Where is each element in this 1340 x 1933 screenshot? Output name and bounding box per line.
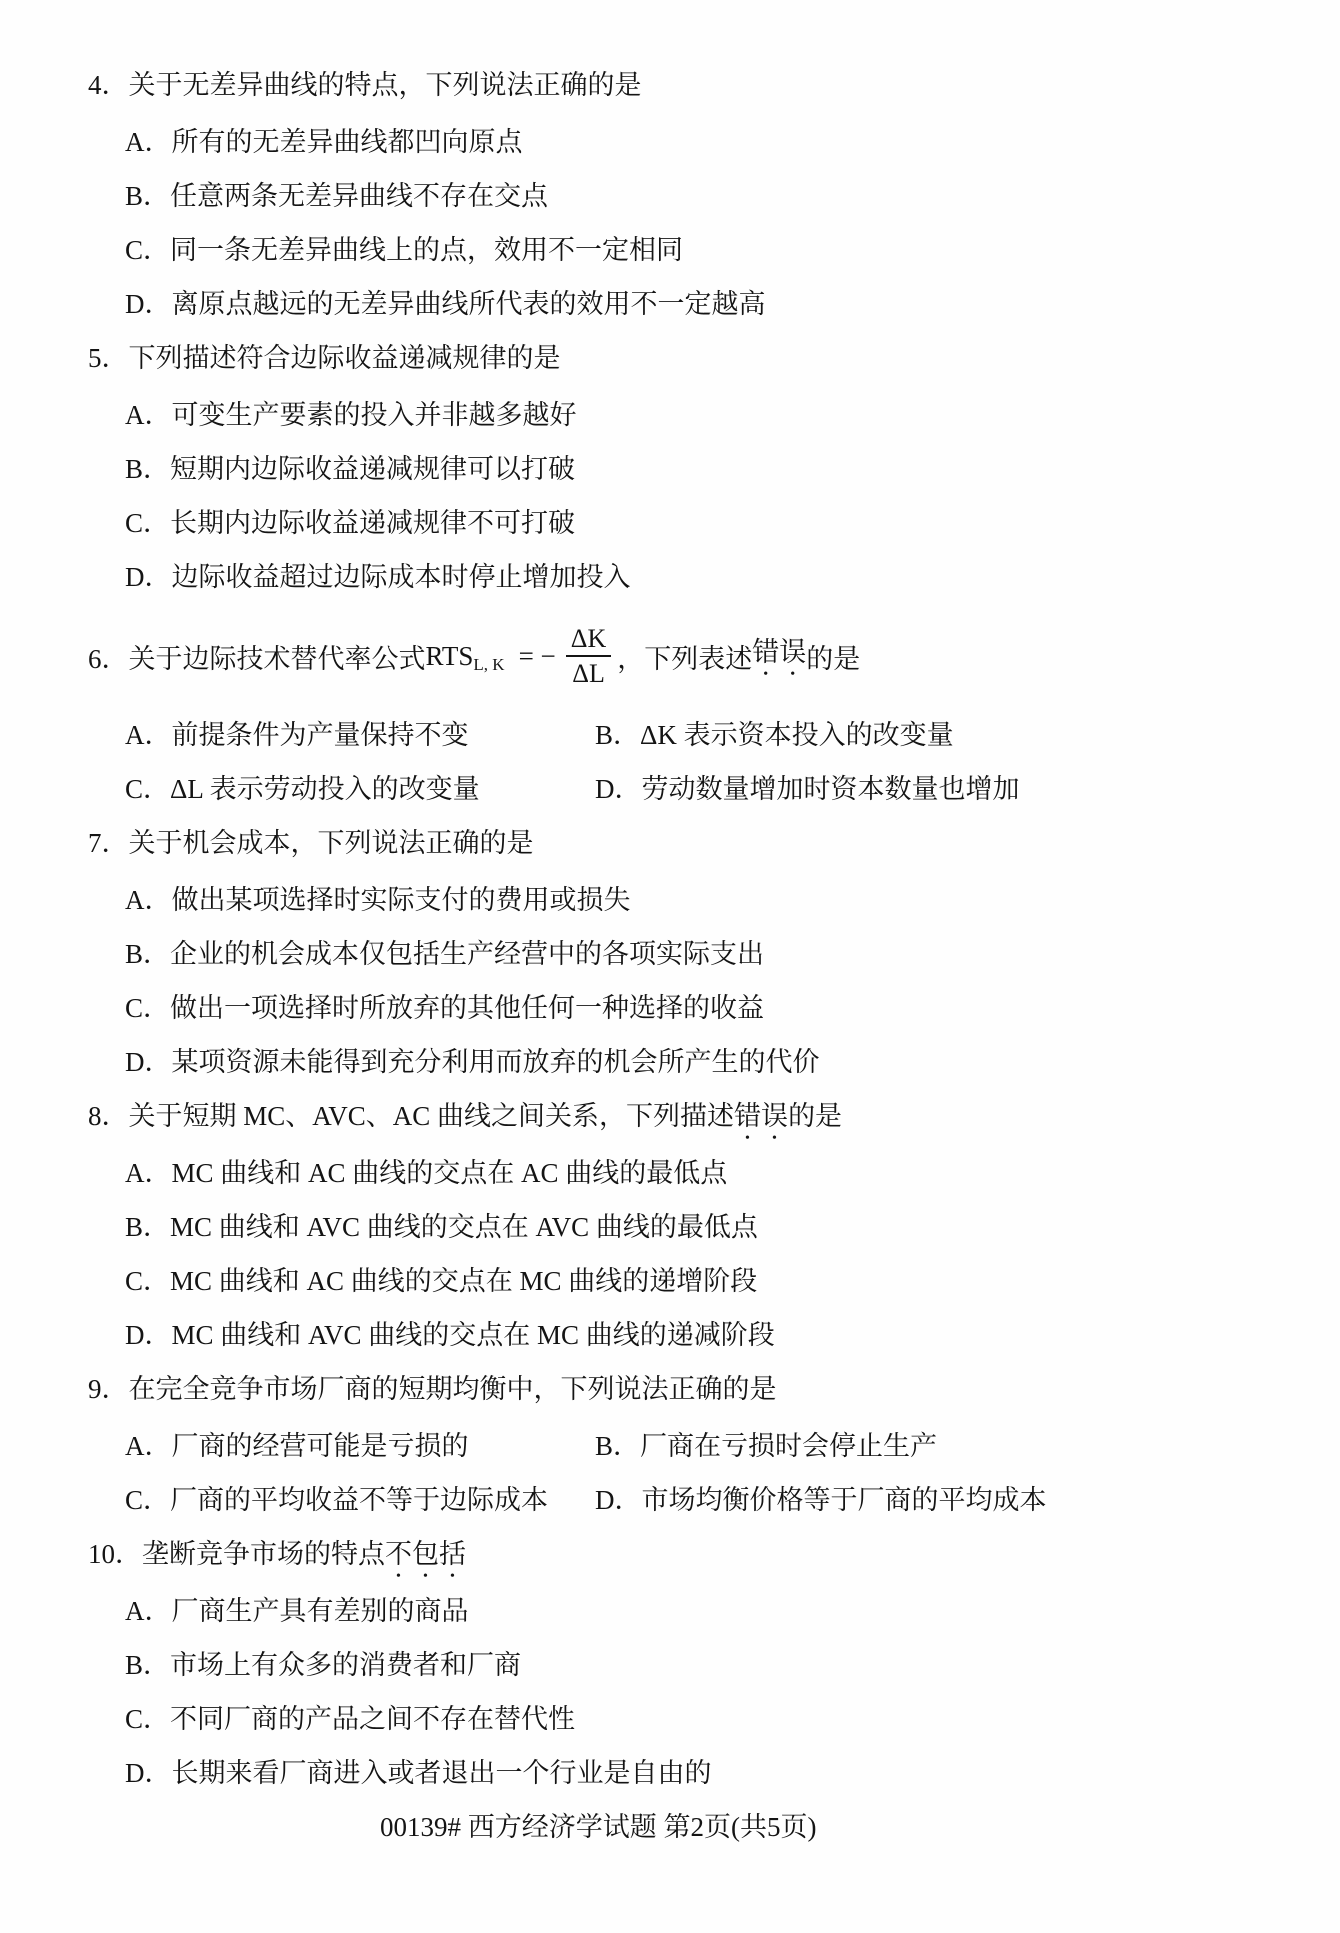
option-row: D．MC 曲线和 AVC 曲线的交点在 MC 曲线的递减阶段 xyxy=(88,1308,1280,1362)
option-label: D． xyxy=(125,277,172,331)
option-label: A． xyxy=(125,115,172,169)
option-text: 前提条件为产量保持不变 xyxy=(172,720,469,750)
stem-text-post: 的是 xyxy=(788,1101,842,1131)
option-grid: A．前提条件为产量保持不变 B．ΔK 表示资本投入的改变量 C．ΔL 表示劳动投… xyxy=(88,708,1280,816)
option-label: D． xyxy=(595,762,642,816)
rts-formula: RTS xyxy=(426,641,474,672)
option-text: 同一条无差异曲线上的点，效用不一定相同 xyxy=(170,235,683,265)
option-text: MC 曲线和 AVC 曲线的交点在 MC 曲线的递减阶段 xyxy=(172,1320,775,1350)
option-label: B． xyxy=(125,169,170,223)
question-10: 10．垄断竞争市场的特点不包括 A．厂商生产具有差别的商品 B．市场上有众多的消… xyxy=(88,1527,1280,1800)
stem-text: 关于无差异曲线的特点，下列说法正确的是 xyxy=(129,70,642,100)
option-row: A．MC 曲线和 AC 曲线的交点在 AC 曲线的最低点 xyxy=(88,1146,1280,1200)
option-row: C．同一条无差异曲线上的点，效用不一定相同 xyxy=(88,223,1280,277)
option-text: 企业的机会成本仅包括生产经营中的各项实际支出 xyxy=(170,939,764,969)
question-stem: 4．关于无差异曲线的特点，下列说法正确的是 xyxy=(88,58,1280,115)
question-stem: 10．垄断竞争市场的特点不包括 xyxy=(88,1527,1280,1584)
option-text: 短期内边际收益递减规律可以打破 xyxy=(170,454,575,484)
option-row: B．企业的机会成本仅包括生产经营中的各项实际支出 xyxy=(88,927,1280,981)
option-text: 离原点越远的无差异曲线所代表的效用不一定越高 xyxy=(172,289,766,319)
option-row: B．MC 曲线和 AVC 曲线的交点在 AVC 曲线的最低点 xyxy=(88,1200,1280,1254)
option-label: D． xyxy=(125,1035,172,1089)
option-row: C．ΔL 表示劳动投入的改变量 xyxy=(88,762,558,816)
option-text: 边际收益超过边际成本时停止增加投入 xyxy=(172,562,631,592)
option-text: 任意两条无差异曲线不存在交点 xyxy=(170,181,548,211)
question-number: 4． xyxy=(88,58,129,112)
stem-text: 下列描述符合边际收益递减规律的是 xyxy=(129,343,561,373)
option-label: C． xyxy=(125,1692,170,1746)
option-row: B．ΔK 表示资本投入的改变量 xyxy=(558,708,1280,762)
option-row: A．可变生产要素的投入并非越多越好 xyxy=(88,388,1280,442)
option-text: 所有的无差异曲线都凹向原点 xyxy=(172,127,523,157)
option-text: 厂商生产具有差别的商品 xyxy=(172,1596,469,1626)
question-number: 7． xyxy=(88,816,129,870)
option-grid: A．厂商的经营可能是亏损的 B．厂商在亏损时会停止生产 C．厂商的平均收益不等于… xyxy=(88,1419,1280,1527)
option-text: 厂商的平均收益不等于边际成本 xyxy=(170,1485,548,1515)
question-stem: 5．下列描述符合边际收益递减规律的是 xyxy=(88,331,1280,388)
question-number: 9． xyxy=(88,1362,129,1416)
option-label: D． xyxy=(125,1308,172,1362)
option-text: 市场均衡价格等于厂商的平均成本 xyxy=(642,1485,1047,1515)
option-label: C． xyxy=(125,762,170,816)
option-text: 做出某项选择时实际支付的费用或损失 xyxy=(172,885,631,915)
fraction-numerator: ΔK xyxy=(566,623,612,657)
question-number: 8． xyxy=(88,1089,129,1143)
option-text: 不同厂商的产品之间不存在替代性 xyxy=(170,1704,575,1734)
option-label: A． xyxy=(125,708,172,762)
option-row: B．短期内边际收益递减规律可以打破 xyxy=(88,442,1280,496)
option-row: D．长期来看厂商进入或者退出一个行业是自由的 xyxy=(88,1746,1280,1800)
question-stem: 6．关于边际技术替代率公式 RTSL, K= −ΔKΔL，下列表述错误的是 xyxy=(88,604,1280,708)
option-text: ΔL 表示劳动投入的改变量 xyxy=(170,774,480,804)
option-label: A． xyxy=(125,1419,172,1473)
option-row: D．边际收益超过边际成本时停止增加投入 xyxy=(88,550,1280,604)
option-label: A． xyxy=(125,873,172,927)
stem-text-mid: ，下列表述 xyxy=(617,637,752,676)
option-label: B． xyxy=(125,927,170,981)
option-label: C． xyxy=(125,223,170,277)
option-row: A．做出某项选择时实际支付的费用或损失 xyxy=(88,873,1280,927)
option-row: A．厂商的经营可能是亏损的 xyxy=(88,1419,558,1473)
option-row: A．所有的无差异曲线都凹向原点 xyxy=(88,115,1280,169)
option-text: 劳动数量增加时资本数量也增加 xyxy=(642,774,1020,804)
question-6: 6．关于边际技术替代率公式 RTSL, K= −ΔKΔL，下列表述错误的是 A．… xyxy=(88,604,1280,816)
stem-text: 关于短期 MC、AVC、AC 曲线之间关系，下列描述 xyxy=(129,1101,735,1131)
option-label: C． xyxy=(125,496,170,550)
stem-text: 垄断竞争市场的特点 xyxy=(142,1539,385,1569)
option-row: C．做出一项选择时所放弃的其他任何一种选择的收益 xyxy=(88,981,1280,1035)
option-label: A． xyxy=(125,388,172,442)
option-row: C．厂商的平均收益不等于边际成本 xyxy=(88,1473,558,1527)
option-label: D． xyxy=(125,550,172,604)
option-row: C．不同厂商的产品之间不存在替代性 xyxy=(88,1692,1280,1746)
option-label: C． xyxy=(125,1254,170,1308)
option-row: A．前提条件为产量保持不变 xyxy=(88,708,558,762)
option-row: D．市场均衡价格等于厂商的平均成本 xyxy=(558,1473,1280,1527)
option-text: ΔK 表示资本投入的改变量 xyxy=(640,720,954,750)
stem-text: 关于机会成本，下列说法正确的是 xyxy=(129,828,534,858)
rts-subscript: L, K xyxy=(473,655,504,675)
option-text: 做出一项选择时所放弃的其他任何一种选择的收益 xyxy=(170,993,764,1023)
question-number: 10． xyxy=(88,1527,142,1581)
question-stem: 7．关于机会成本，下列说法正确的是 xyxy=(88,816,1280,873)
stem-text: 在完全竞争市场厂商的短期均衡中，下列说法正确的是 xyxy=(129,1374,777,1404)
option-row: D．劳动数量增加时资本数量也增加 xyxy=(558,762,1280,816)
option-text: MC 曲线和 AC 曲线的交点在 MC 曲线的递增阶段 xyxy=(170,1266,757,1296)
option-label: D． xyxy=(595,1473,642,1527)
option-text: MC 曲线和 AC 曲线的交点在 AC 曲线的最低点 xyxy=(172,1158,728,1188)
option-row: D．离原点越远的无差异曲线所代表的效用不一定越高 xyxy=(88,277,1280,331)
question-number: 6． xyxy=(88,637,129,676)
option-row: A．厂商生产具有差别的商品 xyxy=(88,1584,1280,1638)
option-row: C．MC 曲线和 AC 曲线的交点在 MC 曲线的递增阶段 xyxy=(88,1254,1280,1308)
exam-page: 4．关于无差异曲线的特点，下列说法正确的是 A．所有的无差异曲线都凹向原点 B．… xyxy=(0,0,1340,1933)
option-label: B． xyxy=(125,1638,170,1692)
option-text: 长期来看厂商进入或者退出一个行业是自由的 xyxy=(172,1758,712,1788)
option-label: C． xyxy=(125,1473,170,1527)
question-7: 7．关于机会成本，下列说法正确的是 A．做出某项选择时实际支付的费用或损失 B．… xyxy=(88,816,1280,1089)
question-stem: 8．关于短期 MC、AVC、AC 曲线之间关系，下列描述错误的是 xyxy=(88,1089,1280,1146)
option-label: B． xyxy=(125,442,170,496)
option-row: B．厂商在亏损时会停止生产 xyxy=(558,1419,1280,1473)
fraction-denominator: ΔL xyxy=(572,657,605,689)
stem-emphasis: 错误 xyxy=(752,630,806,682)
option-row: D．某项资源未能得到充分利用而放弃的机会所产生的代价 xyxy=(88,1035,1280,1089)
option-label: B． xyxy=(595,708,640,762)
option-label: A． xyxy=(125,1584,172,1638)
stem-text: 关于边际技术替代率公式 xyxy=(129,637,426,676)
option-text: 某项资源未能得到充分利用而放弃的机会所产生的代价 xyxy=(172,1047,820,1077)
option-label: C． xyxy=(125,981,170,1035)
equals-sign: = − xyxy=(519,641,556,672)
option-text: 厂商的经营可能是亏损的 xyxy=(172,1431,469,1461)
option-text: 长期内边际收益递减规律不可打破 xyxy=(170,508,575,538)
stem-emphasis: 不包括 xyxy=(385,1539,466,1569)
question-stem: 9．在完全竞争市场厂商的短期均衡中，下列说法正确的是 xyxy=(88,1362,1280,1419)
option-label: B． xyxy=(595,1419,640,1473)
question-9: 9．在完全竞争市场厂商的短期均衡中，下列说法正确的是 A．厂商的经营可能是亏损的… xyxy=(88,1362,1280,1527)
option-label: A． xyxy=(125,1146,172,1200)
option-text: 可变生产要素的投入并非越多越好 xyxy=(172,400,577,430)
formula-fraction: ΔKΔL xyxy=(566,623,612,689)
option-row: C．长期内边际收益递减规律不可打破 xyxy=(88,496,1280,550)
option-text: 厂商在亏损时会停止生产 xyxy=(640,1431,937,1461)
page-footer: 00139# 西方经济学试题 第2页(共5页) xyxy=(380,1800,1280,1854)
option-text: MC 曲线和 AVC 曲线的交点在 AVC 曲线的最低点 xyxy=(170,1212,758,1242)
question-4: 4．关于无差异曲线的特点，下列说法正确的是 A．所有的无差异曲线都凹向原点 B．… xyxy=(88,58,1280,331)
option-label: D． xyxy=(125,1746,172,1800)
option-row: B．市场上有众多的消费者和厂商 xyxy=(88,1638,1280,1692)
stem-text-post: 的是 xyxy=(806,637,860,676)
question-number: 5． xyxy=(88,331,129,385)
option-text: 市场上有众多的消费者和厂商 xyxy=(170,1650,521,1680)
question-5: 5．下列描述符合边际收益递减规律的是 A．可变生产要素的投入并非越多越好 B．短… xyxy=(88,331,1280,604)
option-row: B．任意两条无差异曲线不存在交点 xyxy=(88,169,1280,223)
option-label: B． xyxy=(125,1200,170,1254)
stem-emphasis: 错误 xyxy=(734,1101,788,1131)
question-8: 8．关于短期 MC、AVC、AC 曲线之间关系，下列描述错误的是 A．MC 曲线… xyxy=(88,1089,1280,1362)
